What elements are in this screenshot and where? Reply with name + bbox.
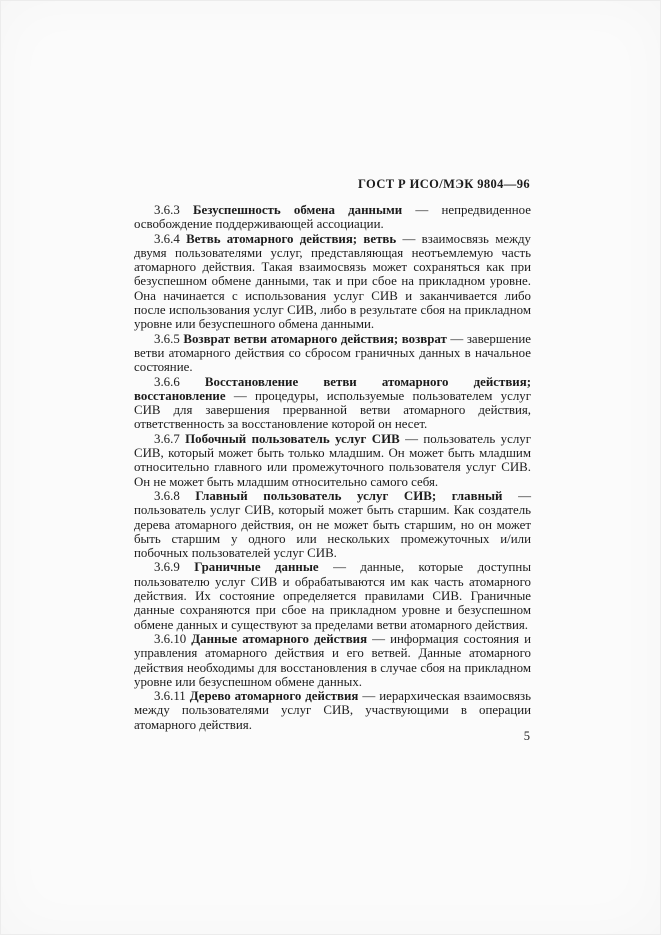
definition-paragraph: 3.6.8 Главный пользователь услуг СИВ; гл…: [134, 489, 531, 560]
defined-term: Побочный пользователь услуг СИВ: [185, 432, 400, 446]
definition-paragraph: 3.6.10 Данные атомарного действия — инфо…: [134, 632, 531, 689]
definition-text: — взаимосвязь между двумя пользователями…: [134, 232, 531, 332]
defined-term: Главный пользователь услуг СИВ; главный: [195, 489, 502, 503]
clause-number: 3.6.5: [154, 332, 183, 346]
defined-term: Возврат ветви атомарного действия; возвр…: [183, 332, 447, 346]
defined-term: Ветвь атомарного действия; ветвь: [186, 232, 396, 246]
clause-number: 3.6.6: [154, 375, 205, 389]
defined-term: Дерево атомарного действия: [190, 689, 359, 703]
page-number: 5: [134, 729, 530, 744]
definitions-list: 3.6.3 Безуспешность обмена данными — неп…: [134, 203, 531, 732]
definition-paragraph: 3.6.9 Граничные данные — данные, которые…: [134, 560, 531, 631]
document-page: ГОСТ Р ИСО/МЭК 9804—96 3.6.3 Безуспешнос…: [0, 0, 661, 935]
defined-term: Безуспешность обмена данными: [193, 203, 402, 217]
clause-number: 3.6.8: [154, 489, 195, 503]
definition-paragraph: 3.6.3 Безуспешность обмена данными — неп…: [134, 203, 531, 232]
defined-term: Граничные данные: [194, 560, 318, 574]
definition-paragraph: 3.6.7 Побочный пользователь услуг СИВ — …: [134, 432, 531, 489]
clause-number: 3.6.9: [154, 560, 194, 574]
definition-paragraph: 3.6.6 Восстановление ветви атомарного де…: [134, 375, 531, 432]
definition-paragraph: 3.6.11 Дерево атомарного действия — иера…: [134, 689, 531, 732]
clause-number: 3.6.10: [154, 632, 191, 646]
running-header: ГОСТ Р ИСО/МЭК 9804—96: [134, 177, 530, 192]
clause-number: 3.6.3: [154, 203, 193, 217]
definition-paragraph: 3.6.5 Возврат ветви атомарного действия;…: [134, 332, 531, 375]
defined-term: Данные атомарного действия: [191, 632, 367, 646]
definition-paragraph: 3.6.4 Ветвь атомарного действия; ветвь —…: [134, 232, 531, 332]
clause-number: 3.6.11: [154, 689, 190, 703]
clause-number: 3.6.4: [154, 232, 186, 246]
clause-number: 3.6.7: [154, 432, 185, 446]
